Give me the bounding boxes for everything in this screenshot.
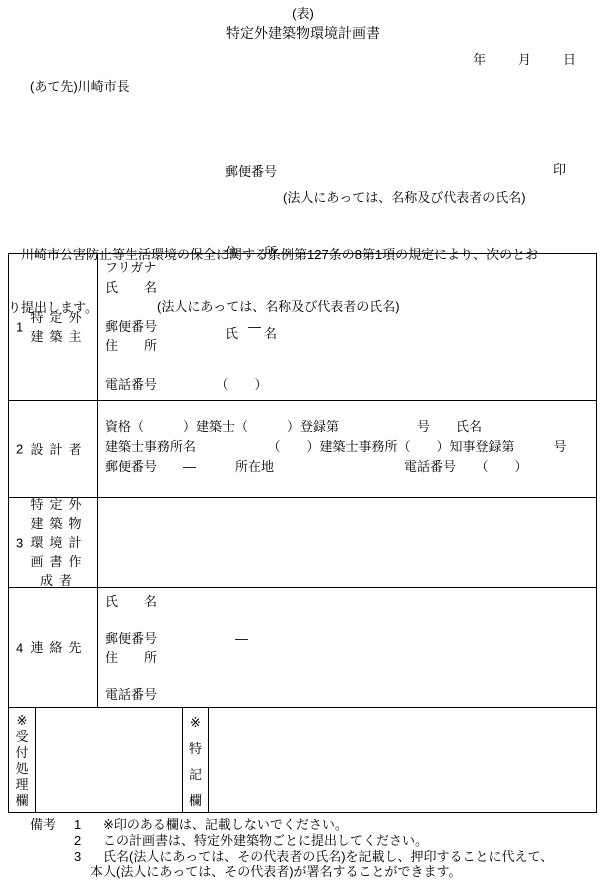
remark-1-text: ※印のある欄は、記載しないでください。 bbox=[103, 817, 348, 833]
blank-line bbox=[105, 667, 596, 686]
contact-name-label: 氏 名 bbox=[105, 593, 596, 612]
page-side-label: (表) bbox=[0, 3, 606, 22]
blank-line bbox=[105, 612, 596, 631]
reception-processing-label-cell: ※ 受 付 処 理 欄 bbox=[9, 708, 36, 812]
row2-number: 2 bbox=[16, 442, 23, 457]
designer-postal-phone-line: 郵便番号 ― 所在地 電話番号 （ ） bbox=[105, 457, 596, 477]
owner-postal-label: 郵便番号 ― bbox=[105, 317, 596, 337]
row4-label-cell: 4 連絡先 bbox=[9, 588, 98, 707]
remark-1-number: 1 bbox=[74, 817, 103, 833]
row1-content-cell: フリガナ 氏 名 (法人にあっては、名称及び代表者の氏名) 郵便番号 ― 住 所… bbox=[98, 254, 596, 400]
table-row-plan-author: 3 特定外 建築物 環境計 画書作 成者 bbox=[9, 498, 596, 588]
designer-qualification-line: 資格（ ）建築士（ ）登録第 号 氏名 bbox=[105, 417, 596, 437]
remark-3-continuation-text: 本人(法人にあっては、その代表者)が署名することができます。 bbox=[30, 864, 462, 880]
addressee-label: (あて先)川崎市長 bbox=[30, 76, 130, 95]
row1-label-cell: 1 特定外 建築主 bbox=[9, 254, 98, 400]
table-row-contact: 4 連絡先 氏 名 郵便番号 ― 住 所 電話番号 bbox=[9, 588, 596, 708]
row2-content-cell: 資格（ ）建築士（ ）登録第 号 氏名 建築士事務所名 （ ）建築士事務所（ ）… bbox=[98, 401, 596, 497]
row4-label: 連絡先 bbox=[18, 638, 87, 657]
row1-number: 1 bbox=[16, 320, 23, 335]
row3-content-cell bbox=[98, 498, 596, 587]
seal-mark: 印 bbox=[553, 159, 566, 178]
row4-number: 4 bbox=[16, 640, 23, 655]
remarks-label: 備考 bbox=[30, 817, 74, 833]
remark-2-text: この計画書は、特定外建築物ごとに提出してください。 bbox=[103, 833, 428, 849]
row4-content-cell: 氏 名 郵便番号 ― 住 所 電話番号 bbox=[98, 588, 596, 707]
owner-corporate-note: (法人にあっては、名称及び代表者の氏名) bbox=[105, 297, 596, 317]
remark-item-3: 3 氏名(法人にあっては、その代表者の氏名)を記載し、押印することに代えて、 bbox=[30, 849, 553, 865]
remark-item-1: 備考 1 ※印のある欄は、記載しないでください。 bbox=[30, 817, 553, 833]
owner-address-label: 住 所 bbox=[105, 336, 596, 356]
owner-phone-label: 電話番号 （ ） bbox=[105, 375, 596, 395]
special-notes-blank-cell bbox=[209, 708, 596, 812]
table-row-specified-building-owner: 1 特定外 建築主 フリガナ 氏 名 (法人にあっては、名称及び代表者の氏名) … bbox=[9, 254, 596, 401]
furigana-label: フリガナ bbox=[105, 258, 596, 278]
form-title: 特定外建築物環境計画書 bbox=[0, 23, 606, 43]
applicant-postal-label: 郵便番号 bbox=[225, 158, 277, 185]
blank-line bbox=[105, 356, 596, 376]
designer-office-line: 建築士事務所名 （ ）建築士事務所（ ）知事登録第 号 bbox=[105, 437, 596, 457]
row3-label: 特定外 建築物 環境計 画書作 成者 bbox=[18, 498, 87, 588]
applicant-corporate-note: (法人にあっては、名称及び代表者の氏名) bbox=[283, 187, 526, 206]
remarks-section: 備考 1 ※印のある欄は、記載しないでください。 2 この計画書は、特定外建築物… bbox=[30, 817, 553, 880]
contact-postal-label: 郵便番号 ― bbox=[105, 630, 596, 649]
row2-label: 設計者 bbox=[18, 440, 87, 459]
row3-number: 3 bbox=[16, 535, 23, 550]
owner-name-label: 氏 名 bbox=[105, 278, 596, 298]
remark-item-2: 2 この計画書は、特定外建築物ごとに提出してください。 bbox=[30, 833, 553, 849]
table-row-designer: 2 設計者 資格（ ）建築士（ ）登録第 号 氏名 建築士事務所名 （ ）建築士… bbox=[9, 401, 596, 498]
remark-3-number: 3 bbox=[74, 849, 103, 865]
remark-item-3-continuation: 本人(法人にあっては、その代表者)が署名することができます。 bbox=[30, 864, 553, 880]
row2-label-cell: 2 設計者 bbox=[9, 401, 98, 497]
remark-2-number: 2 bbox=[74, 833, 103, 849]
form-page: (表) 特定外建築物環境計画書 年 月 日 (あて先)川崎市長 郵便番号 住 所… bbox=[0, 0, 606, 883]
date-line: 年 月 日 bbox=[473, 49, 578, 68]
remark-3-text: 氏名(法人にあっては、その代表者の氏名)を記載し、押印することに代えて、 bbox=[103, 849, 553, 865]
reception-processing-blank-cell bbox=[36, 708, 183, 812]
form-table: 1 特定外 建築主 フリガナ 氏 名 (法人にあっては、名称及び代表者の氏名) … bbox=[8, 253, 597, 813]
row1-label: 特定外 建築主 bbox=[18, 308, 87, 346]
row3-label-cell: 3 特定外 建築物 環境計 画書作 成者 bbox=[9, 498, 98, 587]
contact-address-label: 住 所 bbox=[105, 649, 596, 668]
special-notes-label-cell: ※ 特 記 欄 bbox=[183, 708, 209, 812]
table-row-office-use: ※ 受 付 処 理 欄 ※ 特 記 欄 bbox=[9, 708, 596, 812]
contact-phone-label: 電話番号 bbox=[105, 686, 596, 705]
